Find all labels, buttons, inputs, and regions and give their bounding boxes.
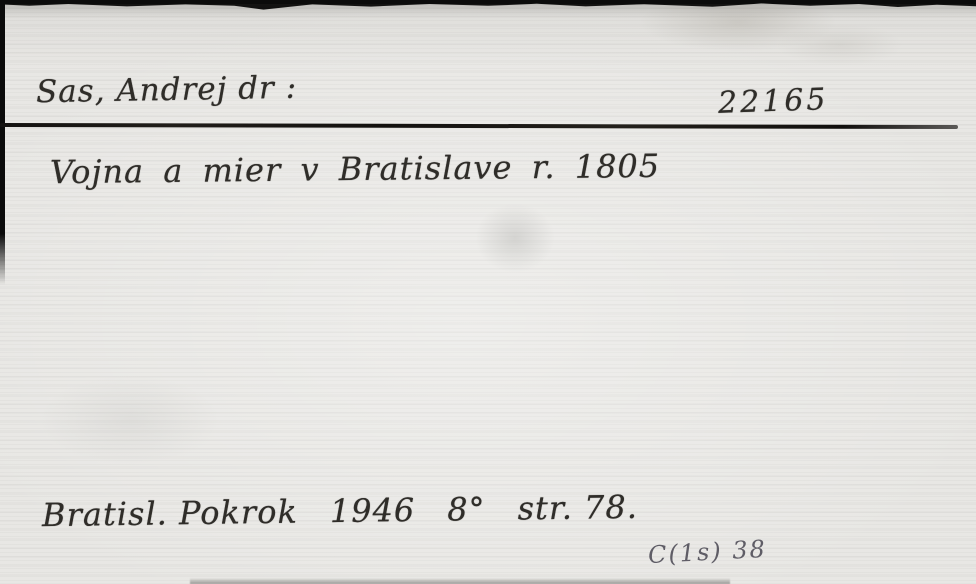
catalog-number: 22165 — [717, 82, 829, 121]
scan-edge-left — [0, 0, 5, 285]
catalog-card-scan: Sas, Andrej dr : 22165 Vojna a mier v Br… — [0, 0, 976, 584]
classification-code: C(1s) 38 — [647, 535, 767, 569]
scan-edge-top-shadow — [0, 4, 976, 18]
imprint-line: Bratisl. Pokrok 1946 8° str. 78. — [42, 488, 638, 534]
imprint-year: 1946 — [330, 491, 416, 530]
imprint-format: 8° — [447, 490, 486, 529]
imprint-pages: str. 78. — [517, 488, 638, 528]
ruled-line — [0, 123, 958, 129]
title-line: Vojna a mier v Bratislave r. 1805 — [50, 147, 661, 191]
imprint-place-publisher: Bratisl. Pokrok — [42, 493, 298, 535]
author-heading: Sas, Andrej dr : — [36, 70, 298, 111]
scan-edge-bottom — [190, 578, 730, 584]
